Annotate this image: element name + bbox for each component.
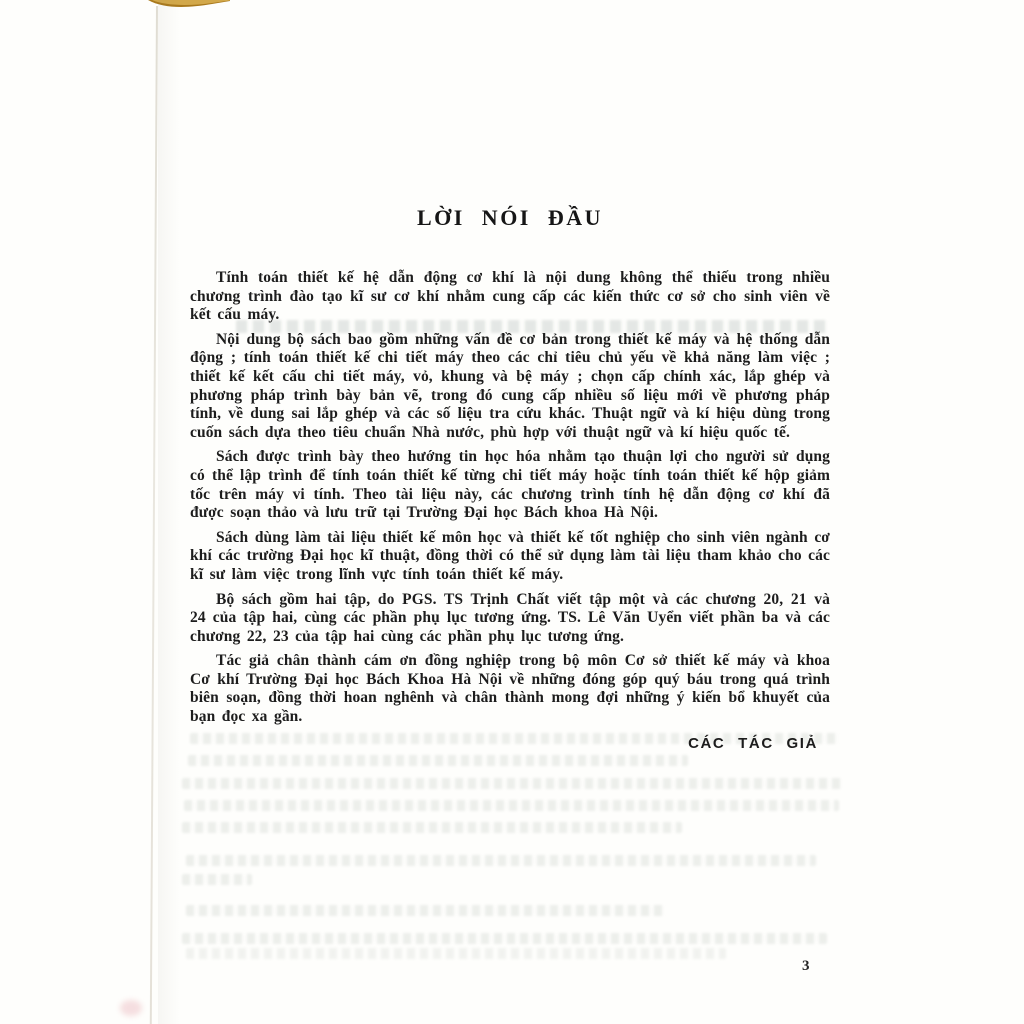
scanned-book-page: LỜI NÓI ĐẦU Tính toán thiết kế hệ dẫn độ…: [0, 0, 1024, 1024]
paragraph-6: Tác giả chân thành cám ơn đồng nghiệp tr…: [190, 652, 830, 726]
bleed-through-text: [182, 933, 827, 944]
bleed-through-text: [186, 948, 726, 959]
bleed-through-text: [182, 778, 842, 789]
paragraph-2: Nội dung bộ sách bao gồm những vấn đề cơ…: [190, 331, 830, 443]
page-title: LỜI NÓI ĐẦU: [190, 205, 830, 231]
paragraph-3: Sách được trình bày theo hướng tin học h…: [190, 448, 830, 522]
paragraph-5: Bộ sách gồm hai tập, do PGS. TS Trịnh Ch…: [190, 591, 830, 647]
bleed-through-text: [186, 855, 816, 866]
page-number: 3: [802, 958, 810, 975]
text-column: LỜI NÓI ĐẦU Tính toán thiết kế hệ dẫn độ…: [190, 205, 830, 752]
scan-smudge: [120, 1000, 142, 1016]
bleed-through-text: [186, 905, 666, 916]
bleed-through-text: [188, 755, 688, 766]
authors-signature: CÁC TÁC GIẢ: [190, 735, 818, 752]
page-edge-line: [150, 6, 158, 1024]
bleed-through-text: [182, 822, 682, 833]
paragraph-1: Tính toán thiết kế hệ dẫn động cơ khí là…: [190, 269, 830, 325]
bleed-through-text: [182, 874, 252, 885]
bleed-through-text: [184, 800, 839, 811]
page-gutter-shadow: [158, 0, 180, 1024]
paragraph-4: Sách dùng làm tài liệu thiết kế môn học …: [190, 529, 830, 585]
